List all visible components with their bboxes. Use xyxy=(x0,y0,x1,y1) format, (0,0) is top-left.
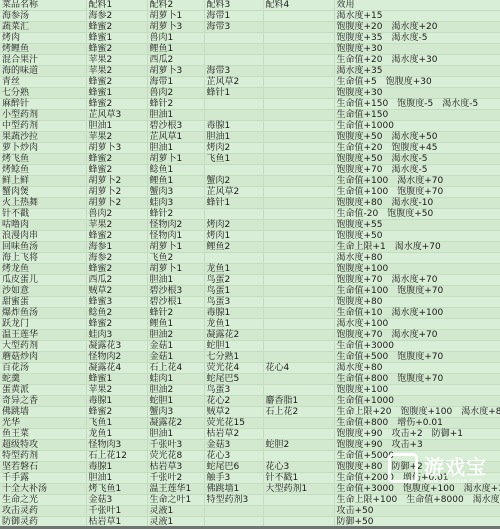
cell-ingredient-4 xyxy=(263,297,334,308)
cell-ingredient-1: 蜂蜜2 xyxy=(86,319,147,330)
cell-ingredient-1: 兽肉2 xyxy=(86,209,147,220)
table-row: 佛跳墙蜂蜜2蟹肉3贼草2石上花2生命上限+20 饱腹度+100 渴水度+80 xyxy=(0,407,500,418)
table-row: 七分熟蜂蜜1兽肉2蜂针1饱腹度+30 xyxy=(0,88,500,99)
cell-effect: 生命值+3000 xyxy=(334,341,500,352)
cell-ingredient-2: 温王莲华1 xyxy=(147,484,204,495)
cell-ingredient-1: 金菇3 xyxy=(86,495,147,506)
cell-effect: 生命上限+100 生命值+8000 渴水度+90 xyxy=(334,495,500,506)
cell-dish-name: 光华 xyxy=(0,418,86,429)
cell-ingredient-2: 胡萝卜1 xyxy=(147,154,204,165)
cell-ingredient-2: 生命之叶1 xyxy=(147,495,204,506)
cell-ingredient-4 xyxy=(263,242,334,253)
header-ingredient-2: 配料2 xyxy=(147,0,204,11)
cell-ingredient-1: 苹果2 xyxy=(86,132,147,143)
cell-ingredient-2: 西瓜2 xyxy=(147,55,204,66)
table-row: 麻醉针蜂蜜2蜂针2生命值+150 饱腹度-5 渴水度-5 xyxy=(0,99,500,110)
cell-dish-name: 烤鲤鱼 xyxy=(0,44,86,55)
cell-ingredient-4 xyxy=(263,352,334,363)
cell-ingredient-3: 蜂针1 xyxy=(204,198,263,209)
cell-effect: 渴水度+15 xyxy=(334,11,500,22)
cell-effect: 饱腹度+30 xyxy=(334,44,500,55)
cell-effect: 饱腹度+80 防御+2 xyxy=(334,462,500,473)
cell-ingredient-4: 石上花2 xyxy=(263,407,334,418)
cell-ingredient-3: 蛇胆1 xyxy=(204,341,263,352)
cell-ingredient-2: 灵液1 xyxy=(147,506,204,517)
header-ingredient-4: 配料4 xyxy=(263,0,334,11)
cell-ingredient-2: 胆油1 xyxy=(147,143,204,154)
cell-dish-name: 海的味道 xyxy=(0,66,86,77)
cell-effect: 饱腹度+90 攻击+2 防御+1 xyxy=(334,429,500,440)
cell-ingredient-2: 芷风草1 xyxy=(147,132,204,143)
cell-ingredient-3 xyxy=(204,165,263,176)
cell-ingredient-2: 碧沙根3 xyxy=(147,121,204,132)
cell-dish-name: 烤龙鱼 xyxy=(0,264,86,275)
cell-dish-name: 烤肉 xyxy=(0,33,86,44)
cell-dish-name: 针不戳 xyxy=(0,209,86,220)
table-row: 混合果汁苹果2西瓜2生命值+20 渴水度+30 xyxy=(0,55,500,66)
cell-ingredient-1: 蜂蜜2 xyxy=(86,264,147,275)
cell-ingredient-4 xyxy=(263,330,334,341)
table-row: 海上飞将海参2飞鱼2渴水度+80 xyxy=(0,253,500,264)
cell-ingredient-3: 鸟蛋2 xyxy=(204,275,263,286)
cell-ingredient-4 xyxy=(263,418,334,429)
cell-ingredient-4 xyxy=(263,132,334,143)
cell-ingredient-3: 触手3 xyxy=(204,473,263,484)
cell-effect: 渴水度+35 xyxy=(334,66,500,77)
cell-ingredient-1: 西瓜2 xyxy=(86,275,147,286)
cell-ingredient-3: 芷风草2 xyxy=(204,77,263,88)
table-row: 萝卜炒肉胡萝卜3胆油1烤肉2生命值+20 饱腹度+45 xyxy=(0,143,500,154)
cell-ingredient-1: 蜂蜜2 xyxy=(86,99,147,110)
table-row: 大型药剂凝露花3金菇1蛇胆1生命值+3000 xyxy=(0,341,500,352)
cell-ingredient-1: 胡萝卜2 xyxy=(86,187,147,198)
table-row: 温王莲华蛙肉3胆油2凝露花2饱腹度+70 渴水度+70 xyxy=(0,330,500,341)
cell-dish-name: 混合果汁 xyxy=(0,55,86,66)
cell-ingredient-1: 蜂蜜1 xyxy=(86,33,147,44)
recipe-table: 菜品名称 配料1 配料2 配料3 配料4 效用 海参汤海参2胡萝卜1海带1渴水度… xyxy=(0,0,500,528)
cell-dish-name: 攻击灵药 xyxy=(0,506,86,517)
cell-ingredient-4 xyxy=(263,286,334,297)
cell-ingredient-3: 蛇尾巴5 xyxy=(204,374,263,385)
header-effect: 效用 xyxy=(334,0,500,11)
table-row: 蛋黄派苹果2胆油2鸟蛋3饱腹度+100 xyxy=(0,385,500,396)
cell-ingredient-3: 龙鱼1 xyxy=(204,319,263,330)
cell-ingredient-2: 胡萝卜3 xyxy=(147,22,204,33)
cell-ingredient-4 xyxy=(263,66,334,77)
cell-ingredient-2: 怪物肉1 xyxy=(147,231,204,242)
cell-ingredient-1: 苹果2 xyxy=(86,66,147,77)
cell-dish-name: 奇异之香 xyxy=(0,396,86,407)
cell-ingredient-3: 鸟蛋3 xyxy=(204,385,263,396)
cell-ingredient-2: 荧光花8 xyxy=(147,451,204,462)
cell-effect: 生命值+20 渴水度+30 xyxy=(334,55,500,66)
cell-ingredient-3: 海带3 xyxy=(204,22,263,33)
cell-ingredient-1: 海参2 xyxy=(86,253,147,264)
cell-ingredient-4 xyxy=(263,99,334,110)
table-row: 果蔬沙拉苹果2芷风草1胆油1饱腹度+50 渴水度+50 xyxy=(0,132,500,143)
cell-ingredient-1: 海参1 xyxy=(86,242,147,253)
cell-dish-name: 回味鱼汤 xyxy=(0,242,86,253)
cell-ingredient-2: 千张叶3 xyxy=(147,440,204,451)
cell-dish-name: 青丝 xyxy=(0,77,86,88)
cell-effect: 渴水度+80 xyxy=(334,253,500,264)
cell-ingredient-3: 海带3 xyxy=(204,66,263,77)
cell-ingredient-4 xyxy=(263,198,334,209)
cell-ingredient-4 xyxy=(263,264,334,275)
cell-dish-name: 海上飞将 xyxy=(0,253,86,264)
cell-effect: 生命值-20 饱腹度+50 xyxy=(334,209,500,220)
cell-effect: 饱腹度+80 xyxy=(334,297,500,308)
cell-ingredient-1: 飞鱼1 xyxy=(86,418,147,429)
cell-ingredient-1: 烤飞鱼1 xyxy=(86,484,147,495)
cell-effect: 生命值+800 增伤+0.01 xyxy=(334,418,500,429)
cell-dish-name: 甜蜜蛋 xyxy=(0,297,86,308)
cell-dish-name: 鱼王菜 xyxy=(0,429,86,440)
cell-ingredient-4 xyxy=(263,22,334,33)
cell-dish-name: 瓜皮蛋儿 xyxy=(0,275,86,286)
cell-dish-name: 超级特攻 xyxy=(0,440,86,451)
cell-ingredient-4: 针不戳1 xyxy=(263,473,334,484)
cell-ingredient-3 xyxy=(204,506,263,517)
cell-dish-name: 跃龙门 xyxy=(0,319,86,330)
cell-ingredient-2: 蛙肉3 xyxy=(147,198,204,209)
cell-ingredient-3: 蟹肉2 xyxy=(204,176,263,187)
cell-effect: 生命值+10 渴水度+100 xyxy=(334,308,500,319)
table-row: 蟹肉煲胡萝卜2蟹肉3芷风草2生命值+100 饱腹度+70 xyxy=(0,187,500,198)
cell-effect: 饱腹度+70 渴水度+70 xyxy=(334,330,500,341)
cell-ingredient-3: 鲤鱼2 xyxy=(204,242,263,253)
cell-dish-name: 鲜上鲜 xyxy=(0,176,86,187)
cell-effect: 饱腹度+30 xyxy=(334,88,500,99)
cell-dish-name: 爆炸鱼汤 xyxy=(0,308,86,319)
table-row: 鲜上鲜胡萝卜2鲤鱼1蟹肉2生命值+100 渴水度+70 xyxy=(0,176,500,187)
cell-ingredient-1: 凝露花4 xyxy=(86,363,147,374)
table-row: 烤鲶鱼蜂蜜2鲶鱼1饱腹度+70 渴水度-5 xyxy=(0,165,500,176)
cell-ingredient-1: 蜂蜜2 xyxy=(86,231,147,242)
table-row: 针不戳兽肉2蜂针2生命值-20 饱腹度+50 xyxy=(0,209,500,220)
cell-ingredient-3: 烤肉2 xyxy=(204,143,263,154)
cell-dish-name: 蟹肉煲 xyxy=(0,187,86,198)
cell-ingredient-1: 胡萝卜2 xyxy=(86,198,147,209)
table-row: 千手露胆油1千张叶2触手3针不戳1生命值+2000 增伤+0.01 xyxy=(0,473,500,484)
cell-ingredient-4 xyxy=(263,308,334,319)
cell-ingredient-3: 七分熟1 xyxy=(204,352,263,363)
table-row: 咕噜肉苹果2怪物肉2烤肉2饱腹度+55 xyxy=(0,220,500,231)
cell-ingredient-1: 苹果2 xyxy=(86,220,147,231)
cell-effect: 生命值+2000 增伤+0.01 xyxy=(334,473,500,484)
cell-ingredient-4 xyxy=(263,77,334,88)
cell-ingredient-4 xyxy=(263,44,334,55)
cell-ingredient-2: 胆油1 xyxy=(147,275,204,286)
table-row: 蔬菜汇蜂蜜2胡萝卜3海带3饱腹度+20 渴水度+20 xyxy=(0,22,500,33)
cell-ingredient-3 xyxy=(204,253,263,264)
cell-ingredient-3: 花心3 xyxy=(204,451,263,462)
cell-effect: 生命上限+1 渴水度+70 xyxy=(334,242,500,253)
cell-ingredient-2: 飞鱼2 xyxy=(147,253,204,264)
cell-dish-name: 蘑菇炒肉 xyxy=(0,352,86,363)
table-row: 特型药剂石上花12荧光花8花心3生命值+5000 xyxy=(0,451,500,462)
cell-effect: 渴水度+100 xyxy=(334,319,500,330)
cell-effect: 生命值+5000 xyxy=(334,451,500,462)
cell-ingredient-2: 鲤鱼1 xyxy=(147,319,204,330)
cell-effect: 饱腹度+20 渴水度+20 xyxy=(334,22,500,33)
cell-ingredient-3: 飞鱼1 xyxy=(204,154,263,165)
cell-ingredient-3: 金菇3 xyxy=(204,440,263,451)
cell-ingredient-2: 蛇胆1 xyxy=(147,396,204,407)
cell-ingredient-4 xyxy=(263,88,334,99)
cell-dish-name: 沙如意 xyxy=(0,286,86,297)
cell-ingredient-2: 蜂针2 xyxy=(147,209,204,220)
cell-dish-name: 麻醉针 xyxy=(0,99,86,110)
cell-ingredient-2: 胆油1 xyxy=(147,110,204,121)
cell-ingredient-4 xyxy=(263,11,334,22)
cell-ingredient-3: 芷风草2 xyxy=(204,187,263,198)
cell-ingredient-4 xyxy=(263,143,334,154)
cell-ingredient-2: 蜂针2 xyxy=(147,99,204,110)
cell-effect: 生命值+100 饱腹度+70 xyxy=(334,187,500,198)
table-row: 海的味道苹果2胡萝卜3海带3渴水度+35 xyxy=(0,66,500,77)
cell-ingredient-2: 碧沙根3 xyxy=(147,286,204,297)
cell-ingredient-4 xyxy=(263,231,334,242)
cell-ingredient-1: 怪物肉3 xyxy=(86,440,147,451)
cell-ingredient-2: 蛙肉1 xyxy=(147,374,204,385)
cell-dish-name: 烤飞鱼 xyxy=(0,154,86,165)
cell-dish-name: 中型药剂 xyxy=(0,121,86,132)
cell-dish-name: 小型药剂 xyxy=(0,110,86,121)
cell-effect: 攻击+50 xyxy=(334,506,500,517)
cell-effect: 生命值+100 渴水度+70 xyxy=(334,176,500,187)
cell-ingredient-4: 花心4 xyxy=(263,363,334,374)
cell-dish-name: 百花汤 xyxy=(0,363,86,374)
cell-ingredient-3 xyxy=(204,99,263,110)
cell-effect: 生命值+5 饱腹度+30 xyxy=(334,77,500,88)
cell-ingredient-3: 蛇尾巴6 xyxy=(204,462,263,473)
cell-effect: 饱腹度+100 xyxy=(334,264,500,275)
cell-ingredient-3: 海带1 xyxy=(204,11,263,22)
cell-effect: 饱腹度+50 xyxy=(334,231,500,242)
cell-ingredient-1: 胆油1 xyxy=(86,473,147,484)
cell-ingredient-3: 凝露花2 xyxy=(204,330,263,341)
cell-dish-name: 咕噜肉 xyxy=(0,220,86,231)
cell-ingredient-1: 千张叶1 xyxy=(86,506,147,517)
cell-dish-name: 大型药剂 xyxy=(0,341,86,352)
cell-ingredient-3: 蜂针1 xyxy=(204,88,263,99)
cell-ingredient-4 xyxy=(263,341,334,352)
table-row: 甜蜜蛋蜂蜜3碧沙根1鸟蛋3饱腹度+80 xyxy=(0,297,500,308)
cell-ingredient-3: 龙鱼1 xyxy=(204,264,263,275)
cell-ingredient-1: 石上花12 xyxy=(86,451,147,462)
cell-ingredient-2: 胡萝卜1 xyxy=(147,264,204,275)
cell-ingredient-2: 胆油2 xyxy=(147,385,204,396)
cell-ingredient-4 xyxy=(263,55,334,66)
cell-ingredient-4 xyxy=(263,385,334,396)
cell-dish-name: 海参汤 xyxy=(0,11,86,22)
cell-ingredient-4: 麝香脂1 xyxy=(263,396,334,407)
cell-ingredient-4 xyxy=(263,495,334,506)
cell-ingredient-1: 蜂蜜2 xyxy=(86,77,147,88)
cell-ingredient-4 xyxy=(263,429,334,440)
table-row: 奇异之香毒腺1蛇胆1花心2麝香脂1生命值+1000 xyxy=(0,396,500,407)
cell-dish-name: 蛋黄派 xyxy=(0,385,86,396)
cell-dish-name: 特型药剂 xyxy=(0,451,86,462)
cell-dish-name: 萝卜炒肉 xyxy=(0,143,86,154)
cell-ingredient-4 xyxy=(263,187,334,198)
cell-dish-name: 千手露 xyxy=(0,473,86,484)
cell-ingredient-3: 佛跳墙1 xyxy=(204,484,263,495)
cell-effect: 生命值+1000 xyxy=(334,396,500,407)
table-row: 蛇羹蜂蜜1蛙肉1蛇尾巴5生命值+800 饱腹度+70 xyxy=(0,374,500,385)
cell-dish-name: 佛跳墙 xyxy=(0,407,86,418)
cell-ingredient-4 xyxy=(263,319,334,330)
cell-ingredient-3: 花心2 xyxy=(204,396,263,407)
table-row: 青丝蜂蜜2海带1芷风草2生命值+5 饱腹度+30 xyxy=(0,77,500,88)
cell-ingredient-2: 金菇1 xyxy=(147,352,204,363)
cell-ingredient-3: 贼草2 xyxy=(204,407,263,418)
cell-effect: 饱腹度+50 渴水度-5 xyxy=(334,154,500,165)
cell-ingredient-4 xyxy=(263,176,334,187)
cell-ingredient-1: 蜂蜜2 xyxy=(86,22,147,33)
cell-ingredient-2: 鲶鱼1 xyxy=(147,165,204,176)
cell-ingredient-2: 蟹肉3 xyxy=(147,187,204,198)
cell-effect: 生命值+150 饱腹度-5 渴水度-5 xyxy=(334,99,500,110)
table-row: 坚若磐石毒腺1枯岩草3蛇尾巴6花心3饱腹度+80 防御+2 xyxy=(0,462,500,473)
table-row: 鱼王菜龙鱼1胆油1枯岩草2饱腹度+90 攻击+2 防御+1 xyxy=(0,429,500,440)
cell-ingredient-4 xyxy=(263,154,334,165)
cell-dish-name: 浪漫肉串 xyxy=(0,231,86,242)
table-row: 浪漫肉串蜂蜜2怪物肉1烤肉1饱腹度+50 xyxy=(0,231,500,242)
cell-ingredient-1: 芷风草3 xyxy=(86,110,147,121)
table-row: 十全大补汤烤飞鱼1温王莲华1佛跳墙1大型药剂1生命值+3000 饱腹度+100 … xyxy=(0,484,500,495)
cell-ingredient-1: 蜂蜜2 xyxy=(86,154,147,165)
cell-dish-name: 火上热舞 xyxy=(0,198,86,209)
cell-effect: 生命值+150 xyxy=(334,110,500,121)
cell-ingredient-2: 鲤鱼1 xyxy=(147,176,204,187)
table-row: 小型药剂芷风草3胆油1生命值+150 xyxy=(0,110,500,121)
cell-ingredient-2: 胡萝卜1 xyxy=(147,242,204,253)
cell-ingredient-1: 苹果2 xyxy=(86,55,147,66)
table-row: 烤鲤鱼蜂蜜2鲤鱼1饱腹度+30 xyxy=(0,44,500,55)
cell-ingredient-1: 胡萝卜3 xyxy=(86,143,147,154)
cell-ingredient-1: 凝露花3 xyxy=(86,341,147,352)
header-dish-name: 菜品名称 xyxy=(0,0,86,11)
cell-effect: 饱腹度+80 渴水度-10 xyxy=(334,198,500,209)
table-row: 中型药剂胆油1碧沙根3毒腺1生命值+1000 xyxy=(0,121,500,132)
cell-effect: 生命值+3000 饱腹度+100 渴水度+100 xyxy=(334,484,500,495)
cell-ingredient-1: 蜂蜜1 xyxy=(86,374,147,385)
cell-effect: 生命值+800 饱腹度+70 xyxy=(334,374,500,385)
cell-dish-name: 坚若磐石 xyxy=(0,462,86,473)
table-row: 百花汤凝露花4石上花4荧光花4花心4渴水度+80 xyxy=(0,363,500,374)
table-row: 回味鱼汤海参1胡萝卜1鲤鱼2生命上限+1 渴水度+70 xyxy=(0,242,500,253)
cell-effect: 饱腹度+70 渴水度-5 xyxy=(334,165,500,176)
cell-ingredient-2: 石上花4 xyxy=(147,363,204,374)
cell-ingredient-1: 蜂蜜2 xyxy=(86,44,147,55)
table-row: 烤飞鱼蜂蜜2胡萝卜1飞鱼1饱腹度+50 渴水度-5 xyxy=(0,154,500,165)
cell-ingredient-3: 胆油1 xyxy=(204,132,263,143)
cell-ingredient-2: 胆油1 xyxy=(147,429,204,440)
cell-ingredient-4 xyxy=(263,253,334,264)
cell-dish-name: 七分熟 xyxy=(0,88,86,99)
cell-effect: 生命值+500 饱腹度+70 xyxy=(334,352,500,363)
cell-ingredient-2: 兽肉1 xyxy=(147,33,204,44)
cell-ingredient-2: 怪物肉2 xyxy=(147,220,204,231)
cell-ingredient-4 xyxy=(263,165,334,176)
table-row: 爆炸鱼汤鲶鱼2蜂针2毒腺1生命值+10 渴水度+100 xyxy=(0,308,500,319)
cell-dish-name: 生命之光 xyxy=(0,495,86,506)
cell-ingredient-2: 胡萝卜1 xyxy=(147,11,204,22)
cell-ingredient-3 xyxy=(204,209,263,220)
cell-ingredient-1: 毒腺1 xyxy=(86,462,147,473)
cell-effect: 渴水度+80 xyxy=(334,363,500,374)
cell-ingredient-3 xyxy=(204,33,263,44)
cell-ingredient-2: 蟹肉3 xyxy=(147,407,204,418)
cell-ingredient-2: 兽肉2 xyxy=(147,88,204,99)
table-row: 瓜皮蛋儿西瓜2胆油1鸟蛋2饱腹度+70 渴水度+70 xyxy=(0,275,500,286)
table-row: 生命之光金菇3生命之叶1特型药剂3生命上限+100 生命值+8000 渴水度+9… xyxy=(0,495,500,506)
cell-ingredient-1: 龙鱼1 xyxy=(86,429,147,440)
table-row: 蘑菇炒肉怪物肉2金菇1七分熟1生命值+500 饱腹度+70 xyxy=(0,352,500,363)
cell-ingredient-1: 鲶鱼2 xyxy=(86,308,147,319)
cell-ingredient-2: 千张叶2 xyxy=(147,473,204,484)
cell-ingredient-4 xyxy=(263,33,334,44)
cell-ingredient-4 xyxy=(263,275,334,286)
cell-ingredient-1: 蜂蜜2 xyxy=(86,407,147,418)
header-ingredient-3: 配料3 xyxy=(204,0,263,11)
cell-ingredient-4 xyxy=(263,374,334,385)
cell-effect: 饱腹度+70 渴水度+70 xyxy=(334,275,500,286)
cell-ingredient-3: 枯岩草2 xyxy=(204,429,263,440)
cell-ingredient-3: 毒腺1 xyxy=(204,121,263,132)
cell-effect: 生命值+1000 xyxy=(334,121,500,132)
header-row: 菜品名称 配料1 配料2 配料3 配料4 效用 xyxy=(0,0,500,11)
cell-ingredient-3: 特型药剂3 xyxy=(204,495,263,506)
table-row: 攻击灵药千张叶1灵液1攻击+50 xyxy=(0,506,500,517)
cell-ingredient-2: 碧沙根1 xyxy=(147,297,204,308)
cell-ingredient-3 xyxy=(204,44,263,55)
cell-ingredient-3: 荧光花15 xyxy=(204,418,263,429)
cell-dish-name: 蛇羹 xyxy=(0,374,86,385)
cell-effect: 生命值+100 饱腹度+70 xyxy=(334,286,500,297)
cell-ingredient-1: 胡萝卜2 xyxy=(86,176,147,187)
cell-ingredient-1: 海参2 xyxy=(86,11,147,22)
table-row: 烤龙鱼蜂蜜2胡萝卜1龙鱼1饱腹度+100 xyxy=(0,264,500,275)
cell-ingredient-4 xyxy=(263,451,334,462)
cell-dish-name: 十全大补汤 xyxy=(0,484,86,495)
cell-ingredient-1: 苹果2 xyxy=(86,385,147,396)
table-row: 超级特攻怪物肉3千张叶3金菇3蛇胆2饱腹度+90 攻击+3 xyxy=(0,440,500,451)
cell-ingredient-1: 蜂蜜2 xyxy=(86,165,147,176)
cell-ingredient-1: 胆油1 xyxy=(86,121,147,132)
table-row: 光华飞鱼1凝露花2荧光花15生命值+800 增伤+0.01 xyxy=(0,418,500,429)
cell-effect: 饱腹度+50 渴水度+50 xyxy=(334,132,500,143)
cell-ingredient-4 xyxy=(263,121,334,132)
cell-effect: 饱腹度+100 xyxy=(334,385,500,396)
cell-ingredient-3: 荧光花4 xyxy=(204,363,263,374)
cell-ingredient-3: 烤肉1 xyxy=(204,231,263,242)
cell-ingredient-2: 枯岩草3 xyxy=(147,462,204,473)
cell-ingredient-1: 贼草2 xyxy=(86,286,147,297)
table-row: 烤肉蜂蜜1兽肉1饱腹度+35 渴水度-5 xyxy=(0,33,500,44)
cell-ingredient-1: 怪物肉2 xyxy=(86,352,147,363)
cell-dish-name: 烤鲶鱼 xyxy=(0,165,86,176)
cell-ingredient-4 xyxy=(263,209,334,220)
cell-effect: 生命值+20 饱腹度+45 xyxy=(334,143,500,154)
table-row: 沙如意贼草2碧沙根3鸟蛋1生命值+100 饱腹度+70 xyxy=(0,286,500,297)
cell-ingredient-3: 鸟蛋3 xyxy=(204,297,263,308)
cell-ingredient-2: 金菇1 xyxy=(147,341,204,352)
cell-effect: 饱腹度+90 攻击+3 xyxy=(334,440,500,451)
cell-effect: 饱腹度+55 xyxy=(334,220,500,231)
